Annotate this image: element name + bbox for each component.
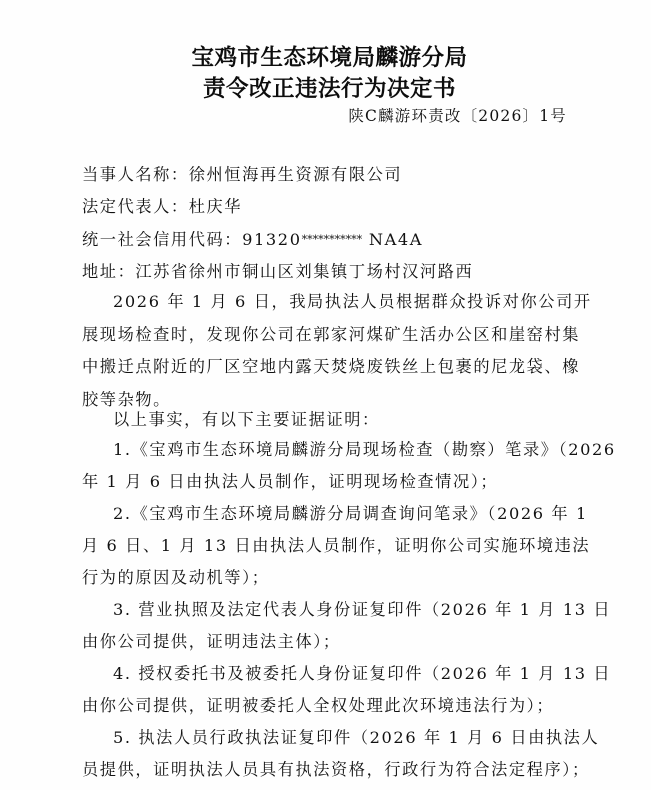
evidence-line: 4. 授权委托书及被委托人身份证复印件（2026 年 1 月 13 日: [113, 664, 603, 684]
credit-code-suffix: NA4A: [362, 230, 423, 249]
legal-rep-value: 杜庆华: [189, 197, 242, 216]
party-name-row: 当事人名称：徐州恒海再生资源有限公司: [82, 165, 402, 185]
evidence-line: 由你公司提供，证明被委托人全权处理此次环境违法行为）；: [82, 696, 572, 716]
facts-line: 中搬迁点附近的厂区空地内露天焚烧废铁丝上包裹的尼龙袋、橡: [82, 357, 572, 377]
facts-line: 展现场检查时，发现你公司在郭家河煤矿生活办公区和崖窑村集: [82, 325, 572, 345]
evidence-intro: 以上事实，有以下主要证据证明：: [113, 410, 603, 430]
evidence-line: 3. 营业执照及法定代表人身份证复印件（2026 年 1 月 13 日: [113, 600, 603, 620]
evidence-line: 行为的原因及动机等）；: [82, 568, 572, 588]
address-row: 地址：江苏省徐州市铜山区刘集镇丁场村汉河路西: [82, 262, 473, 282]
evidence-line: 年 1 月 6 日由执法人员制作，证明现场检查情况）；: [82, 472, 572, 492]
evidence-line: 由你公司提供，证明违法主体）；: [82, 632, 572, 652]
credit-code-mask: ***********: [302, 233, 363, 246]
document-title-line1: 宝鸡市生态环境局麟游分局: [4, 40, 651, 72]
evidence-line: 员提供，证明执法人员具有执法资格，行政行为符合法定程序）；: [82, 760, 572, 780]
document-title-line2: 责令改正违法行为决定书: [4, 71, 651, 103]
facts-line: 2026 年 1 月 6 日，我局执法人员根据群众投诉对你公司开: [113, 292, 603, 312]
document-page: 宝鸡市生态环境局麟游分局 责令改正违法行为决定书 陕C麟游环责改〔2026〕1号…: [0, 0, 651, 790]
facts-line: 胶等杂物。: [82, 390, 572, 410]
credit-code-label: 统一社会信用代码：: [82, 230, 242, 249]
evidence-line: 2.《宝鸡市生态环境局麟游分局调查询问笔录》（2026 年 1: [113, 504, 603, 524]
address-label: 地址：: [82, 262, 135, 281]
evidence-line: 1.《宝鸡市生态环境局麟游分局现场检查（勘察）笔录》（2026: [113, 440, 603, 460]
evidence-line: 5. 执法人员行政执法证复印件（2026 年 1 月 6 日由执法人: [113, 728, 603, 748]
legal-rep-row: 法定代表人：杜庆华: [82, 197, 242, 217]
document-number: 陕C麟游环责改〔2026〕1号: [348, 104, 567, 126]
address-value: 江苏省徐州市铜山区刘集镇丁场村汉河路西: [135, 262, 473, 281]
legal-rep-label: 法定代表人：: [82, 197, 189, 216]
credit-code-prefix: 91320: [242, 230, 302, 249]
party-name-label: 当事人名称：: [82, 165, 189, 184]
credit-code-row: 统一社会信用代码：91320*********** NA4A: [82, 230, 423, 250]
party-name-value: 徐州恒海再生资源有限公司: [189, 165, 402, 184]
evidence-line: 月 6 日、1 月 13 日由执法人员制作，证明你公司实施环境违法: [82, 536, 572, 556]
